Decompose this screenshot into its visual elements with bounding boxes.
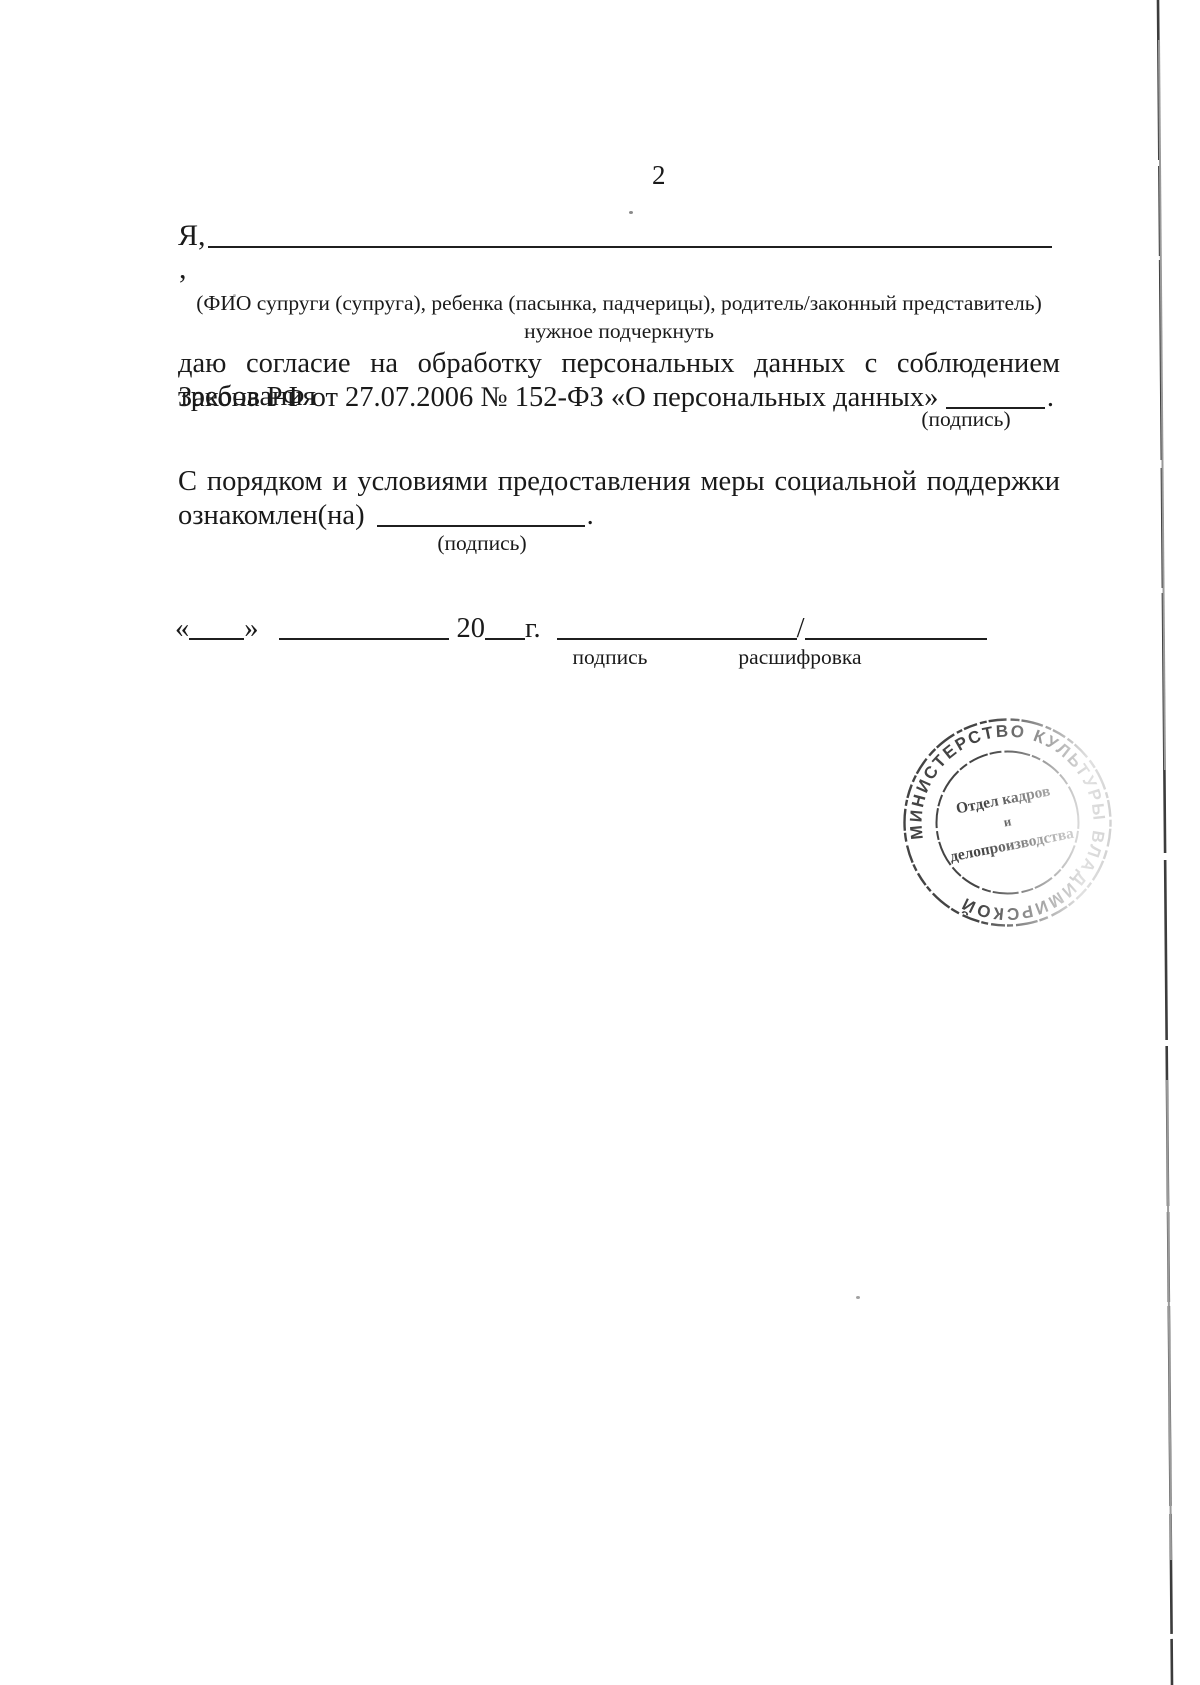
consent-line-2-text: Закона РФ от 27.07.2006 № 152-ФЗ «О перс…: [178, 381, 938, 414]
scan-speck: [629, 211, 633, 214]
department-stamp: МИНИСТЕРСТВО КУЛЬТУРЫ ВЛАДИМИРСКОЙ Отдел…: [864, 679, 1151, 966]
stamp-center-line-3: делопроизводства: [949, 825, 1076, 866]
name-line: Я,: [178, 219, 1052, 252]
scan-speck: [856, 1296, 860, 1299]
document-page: 2 Я, , (ФИО супруги (супруга), ребенка (…: [0, 0, 1200, 1685]
date-open-quote: «: [175, 612, 189, 645]
slash-separator: /: [797, 612, 805, 645]
signature-caption-1: (подпись): [880, 407, 1052, 431]
underline-needed-caption: нужное подчеркнуть: [178, 319, 1060, 343]
acknowledgement-line-2: ознакомлен(на) .: [178, 499, 594, 532]
stamp-center-line-1: Отдел кадров: [955, 782, 1052, 817]
acknowledgement-line-2-period: .: [587, 499, 594, 532]
acknowledgement-line-1: С порядком и условиями предоставления ме…: [178, 465, 1060, 498]
acknowledgement-signature-blank: [377, 524, 585, 527]
name-line-prefix: Я,: [178, 219, 206, 252]
date-close-quote: »: [244, 612, 258, 645]
scan-speck: [233, 294, 236, 297]
signature-caption-2: (подпись): [398, 531, 566, 555]
fio-caption: (ФИО супруги (супруга), ребенка (пасынка…: [178, 291, 1060, 315]
page-number: 2: [652, 160, 666, 191]
name-blank: [208, 245, 1052, 248]
date-year-blank: [485, 637, 525, 640]
date-year-suffix: г.: [525, 612, 541, 645]
date-signature-row: « » 20 г. / подпись расшифровка: [175, 612, 1055, 672]
date-day-blank: [189, 637, 244, 640]
date-century: 20: [457, 612, 486, 645]
signature-blank: [557, 637, 797, 640]
name-decryption-label: расшифровка: [715, 645, 885, 669]
date-line: « » 20 г. /: [175, 612, 1055, 645]
hanging-comma: ,: [179, 252, 187, 285]
date-month-blank: [279, 637, 449, 640]
stamp-graphic: МИНИСТЕРСТВО КУЛЬТУРЫ ВЛАДИМИРСКОЙ Отдел…: [864, 679, 1151, 966]
acknowledgement-line-2-text: ознакомлен(на): [178, 499, 365, 532]
stamp-center-line-2: и: [1002, 813, 1013, 829]
name-decryption-blank: [805, 637, 987, 640]
signature-label: подпись: [540, 645, 680, 669]
